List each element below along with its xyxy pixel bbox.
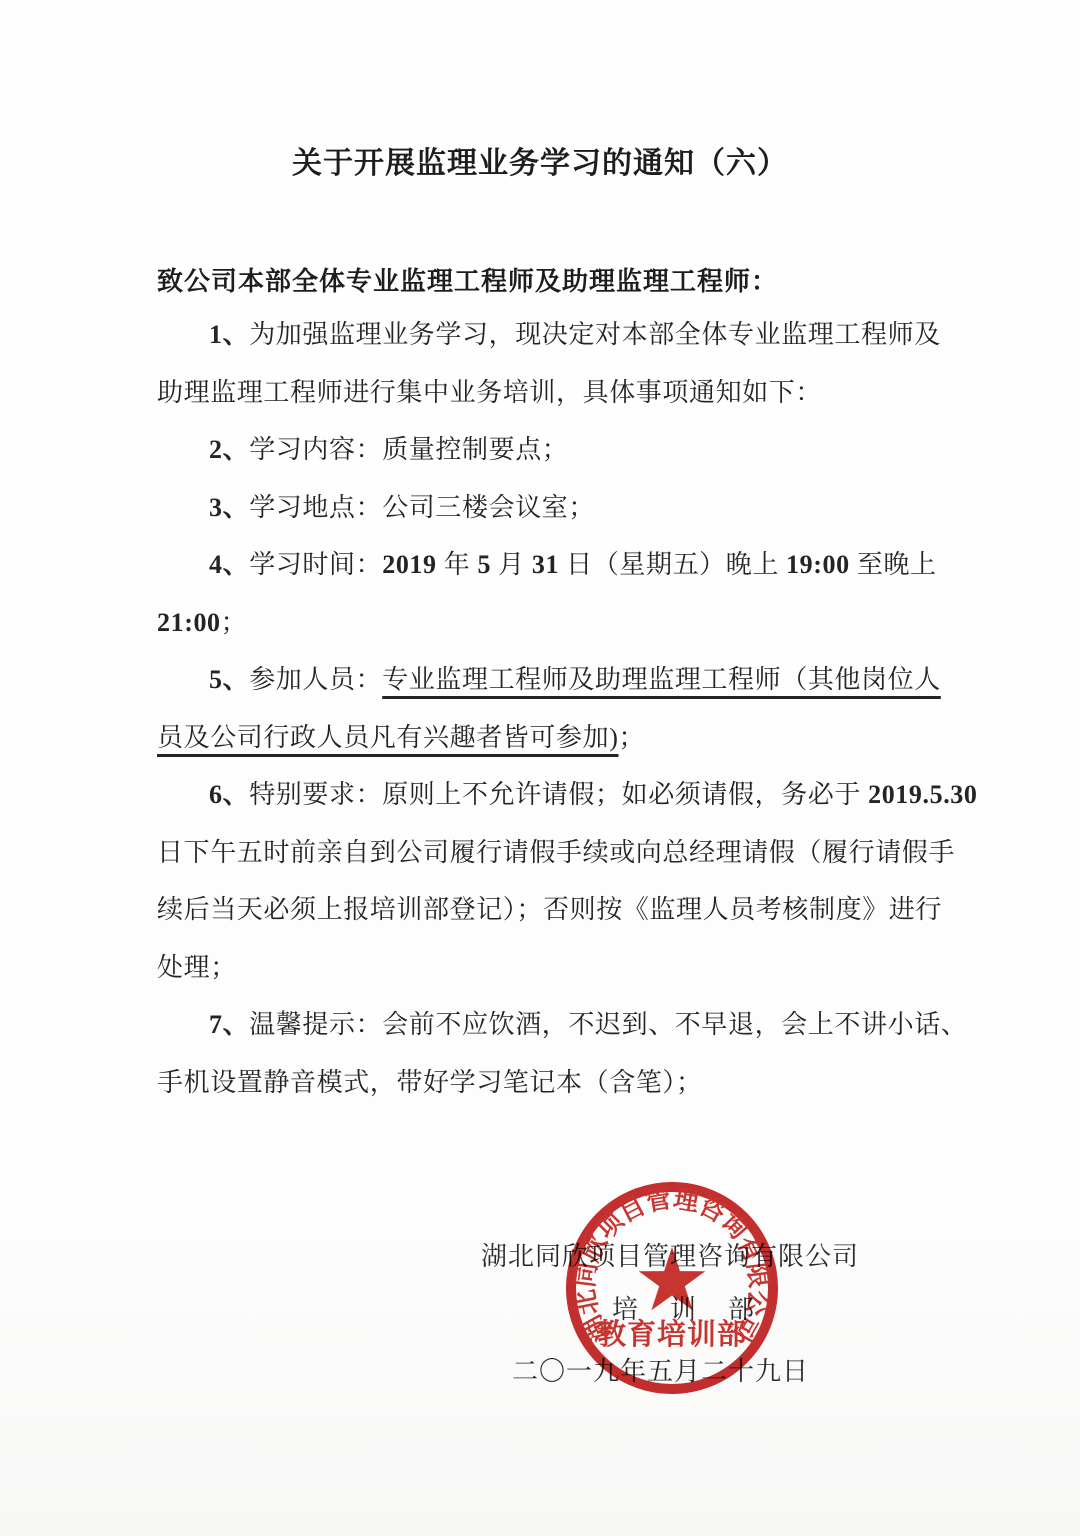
text-segment: 2019 [382, 550, 436, 579]
text-segment: 温馨提示：会前不应饮酒，不迟到、不早退，会上不讲小话、 [249, 1010, 967, 1039]
body-line: 日下午五时前亲自到公司履行请假手续或向总经理请假（履行请假手 [157, 824, 947, 882]
stamp-banner-text: 教育培训部 [597, 1317, 747, 1351]
text-segment: 续后当天必须上报培训部登记）；否则按《监理人员考核制度》进行 [157, 895, 942, 924]
text-segment: 2019.5.30 [868, 780, 977, 809]
text-segment: 学习地点：公司三楼会议室； [249, 493, 595, 522]
text-segment: 特别要求：原则上不允许请假；如必须请假，务必于 [249, 780, 868, 809]
text-segment: ； [618, 723, 645, 752]
body-line: 处理； [157, 939, 947, 997]
body-line: 员及公司行政人员凡有兴趣者皆可参加)； [157, 709, 947, 767]
text-segment: 日下午五时前亲自到公司履行请假手续或向总经理请假（履行请假手 [157, 838, 955, 867]
text-segment: 手机设置静音模式，带好学习笔记本（含笔）； [157, 1068, 703, 1097]
text-segment: 2、 [209, 435, 249, 464]
text-segment: 助理监理工程师进行集中业务培训，具体事项通知如下： [157, 378, 822, 407]
text-segment: 年 [437, 550, 478, 579]
body-line: 3、学习地点：公司三楼会议室； [157, 479, 947, 537]
text-segment: 1、 [209, 320, 249, 349]
text-segment: 至晚上 [850, 550, 937, 579]
body-line: 1、为加强监理业务学习，现决定对本部全体专业监理工程师及 [157, 306, 947, 364]
body-line: 续后当天必须上报培训部登记）；否则按《监理人员考核制度》进行 [157, 881, 947, 939]
text-segment: 3、 [209, 493, 249, 522]
text-segment: 19:00 [786, 550, 850, 579]
text-segment: 21:00 [157, 608, 221, 637]
text-segment: 学习内容：质量控制要点； [249, 435, 568, 464]
body-line: 2、学习内容：质量控制要点； [157, 421, 947, 479]
notice-document: 关于开展监理业务学习的通知（六） 致公司本部全体专业监理工程师及助理监理工程师：… [0, 0, 1080, 1536]
text-segment: 学习时间： [249, 550, 382, 579]
text-segment: 月 [491, 550, 532, 579]
body-line: 5、参加人员：专业监理工程师及助理监理工程师（其他岗位人 [157, 651, 947, 709]
text-segment: 员及公司行政人员凡有兴趣者皆可参加) [157, 723, 618, 752]
text-segment: 参加人员： [249, 665, 382, 694]
text-segment: 5、 [209, 665, 249, 694]
text-segment: 7、 [209, 1010, 249, 1039]
notice-body: 1、为加强监理业务学习，现决定对本部全体专业监理工程师及助理监理工程师进行集中业… [157, 306, 947, 1111]
text-segment: ； [221, 608, 248, 637]
text-segment: 专业监理工程师及助理监理工程师（其他岗位人 [382, 665, 941, 694]
body-line: 7、温馨提示：会前不应饮酒，不迟到、不早退，会上不讲小话、 [157, 996, 947, 1054]
star-icon [639, 1247, 706, 1310]
body-line: 6、特别要求：原则上不允许请假；如必须请假，务必于 2019.5.30 [157, 766, 947, 824]
text-segment: 处理； [157, 953, 237, 982]
text-segment: 6、 [209, 780, 249, 809]
body-line: 4、学习时间：2019 年 5 月 31 日（星期五）晚上 19:00 至晚上 [157, 536, 947, 594]
page-title: 关于开展监理业务学习的通知（六） [0, 138, 1080, 182]
body-line: 助理监理工程师进行集中业务培训，具体事项通知如下： [157, 364, 947, 422]
text-segment: 31 [532, 550, 559, 579]
body-line: 手机设置静音模式，带好学习笔记本（含笔）； [157, 1054, 947, 1112]
text-segment: 为加强监理业务学习，现决定对本部全体专业监理工程师及 [249, 320, 941, 349]
body-line: 21:00； [157, 594, 947, 652]
company-seal-stamp: 湖北同欣项目管理咨询有限公司 教育培训部 [554, 1168, 790, 1404]
text-segment: 5 [477, 550, 491, 579]
salutation: 致公司本部全体专业监理工程师及助理监理工程师： [157, 261, 778, 298]
text-segment: 日（星期五）晚上 [559, 550, 786, 579]
text-segment: 4、 [209, 550, 249, 579]
